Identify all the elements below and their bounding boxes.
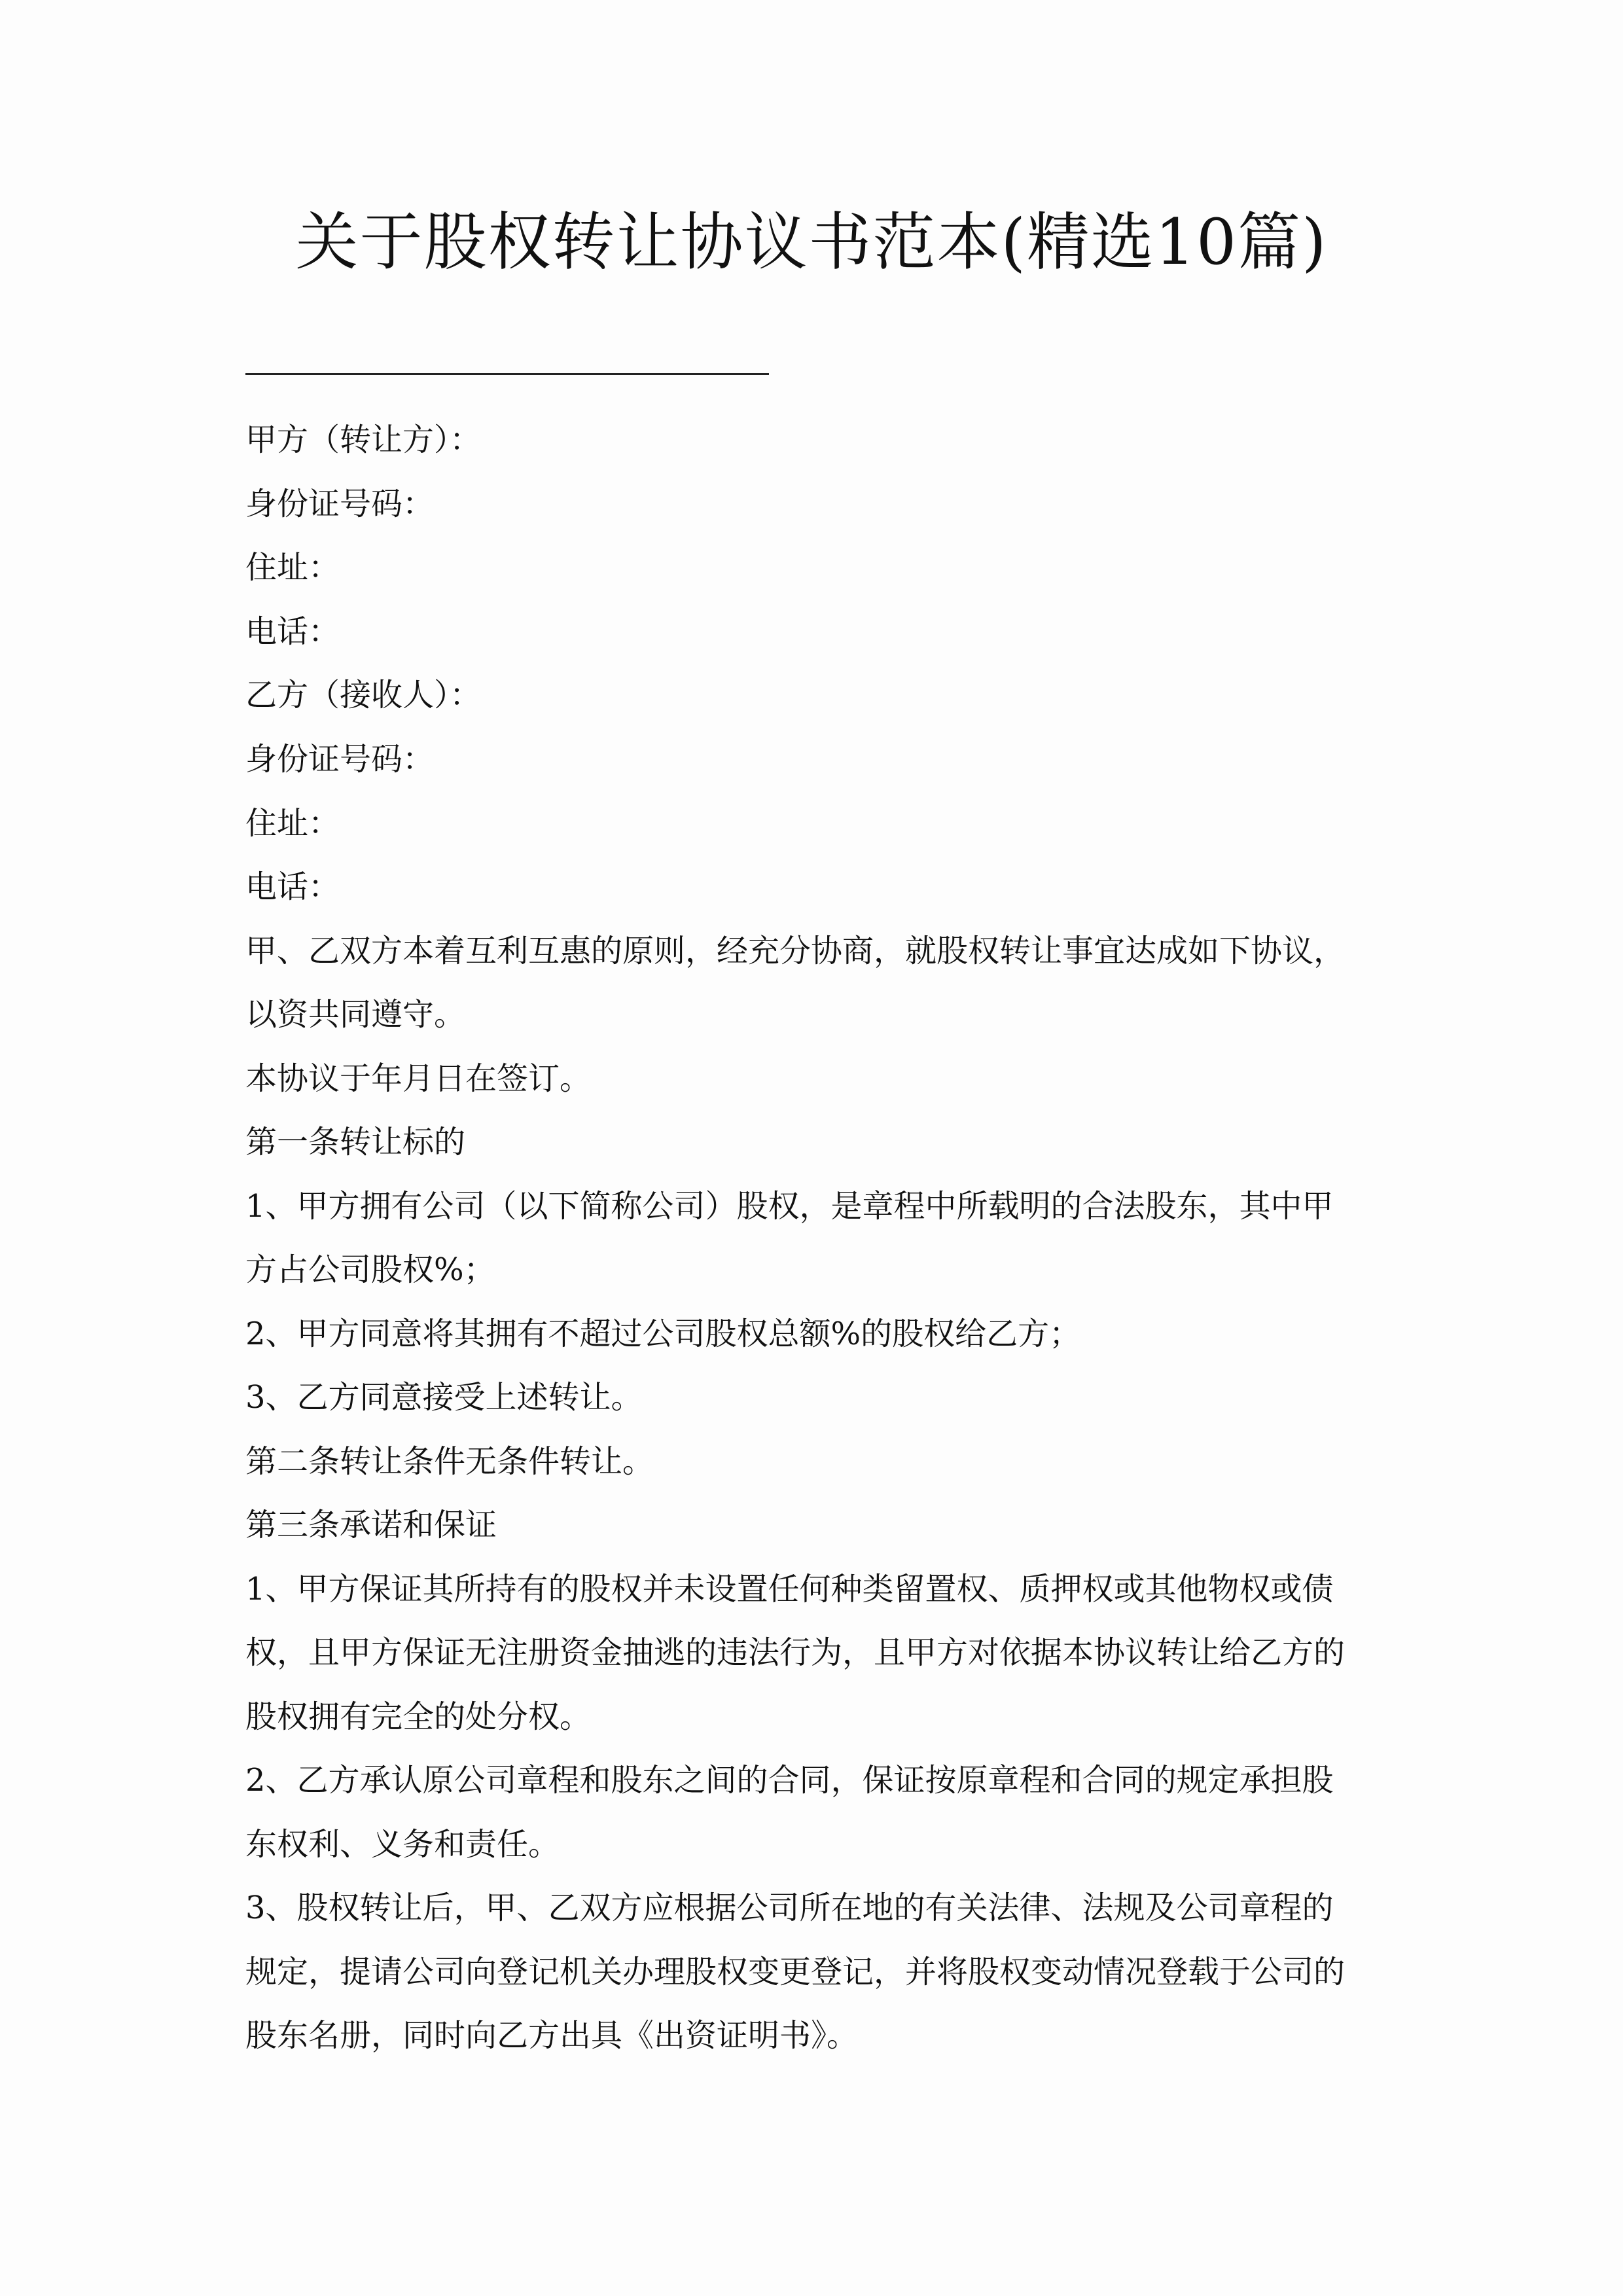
- document-line: 电话：: [245, 612, 340, 651]
- document-page: 关于股权转让协议书范本(精选10篇) 甲方（转让方）：身份证号码：住址：电话：乙…: [0, 0, 1623, 2296]
- document-line: 电话：: [245, 867, 340, 906]
- document-line: 1、甲方保证其所持有的股权并未设置任何种类留置权、质押权或其他物权或债: [245, 1570, 1334, 1609]
- document-line: 股东名册，同时向乙方出具《出资证明书》。: [245, 2016, 858, 2055]
- document-line: 第二条转让条件无条件转让。: [245, 1442, 654, 1481]
- document-line: 方占公司股权%；: [245, 1250, 495, 1289]
- document-line: 3、乙方同意接受上述转让。: [245, 1378, 643, 1417]
- document-line: 住址：: [245, 804, 340, 843]
- document-line: 3、股权转让后，甲、乙双方应根据公司所在地的有关法律、法规及公司章程的: [245, 1888, 1334, 1928]
- document-line: 乙方（接收人）：: [245, 675, 481, 715]
- document-line: 东权利、义务和责任。: [245, 1825, 560, 1864]
- document-line: 身份证号码：: [245, 740, 434, 779]
- document-line: 甲、乙双方本着互利互惠的原则，经充分协商，就股权转让事宜达成如下协议，: [245, 931, 1345, 971]
- document-line: 第三条承诺和保证: [245, 1505, 497, 1545]
- separator-line: [245, 373, 769, 375]
- document-line: 2、甲方同意将其拥有不超过公司股权总额%的股权给乙方；: [245, 1314, 1080, 1354]
- document-line: 本协议于年月日在签订。: [245, 1059, 591, 1098]
- document-line: 股权拥有完全的处分权。: [245, 1697, 591, 1736]
- document-line: 权，且甲方保证无注册资金抽逃的违法行为，且甲方对依据本协议转让给乙方的: [245, 1633, 1345, 1672]
- document-line: 规定，提请公司向登记机关办理股权变更登记，并将股权变动情况登载于公司的: [245, 1952, 1345, 1992]
- document-line: 1、甲方拥有公司（以下简称公司）股权，是章程中所载明的合法股东，其中甲: [245, 1187, 1334, 1226]
- document-line: 身份证号码：: [245, 484, 434, 524]
- document-line: 住址：: [245, 548, 340, 587]
- document-line: 2、乙方承认原公司章程和股东之间的合同，保证按原章程和合同的规定承担股: [245, 1761, 1334, 1800]
- document-line: 甲方（转让方）：: [245, 420, 481, 459]
- document-line: 第一条转让标的: [245, 1122, 465, 1162]
- document-title: 关于股权转让协议书范本(精选10篇): [0, 196, 1623, 288]
- document-line: 以资共同遵守。: [245, 995, 465, 1034]
